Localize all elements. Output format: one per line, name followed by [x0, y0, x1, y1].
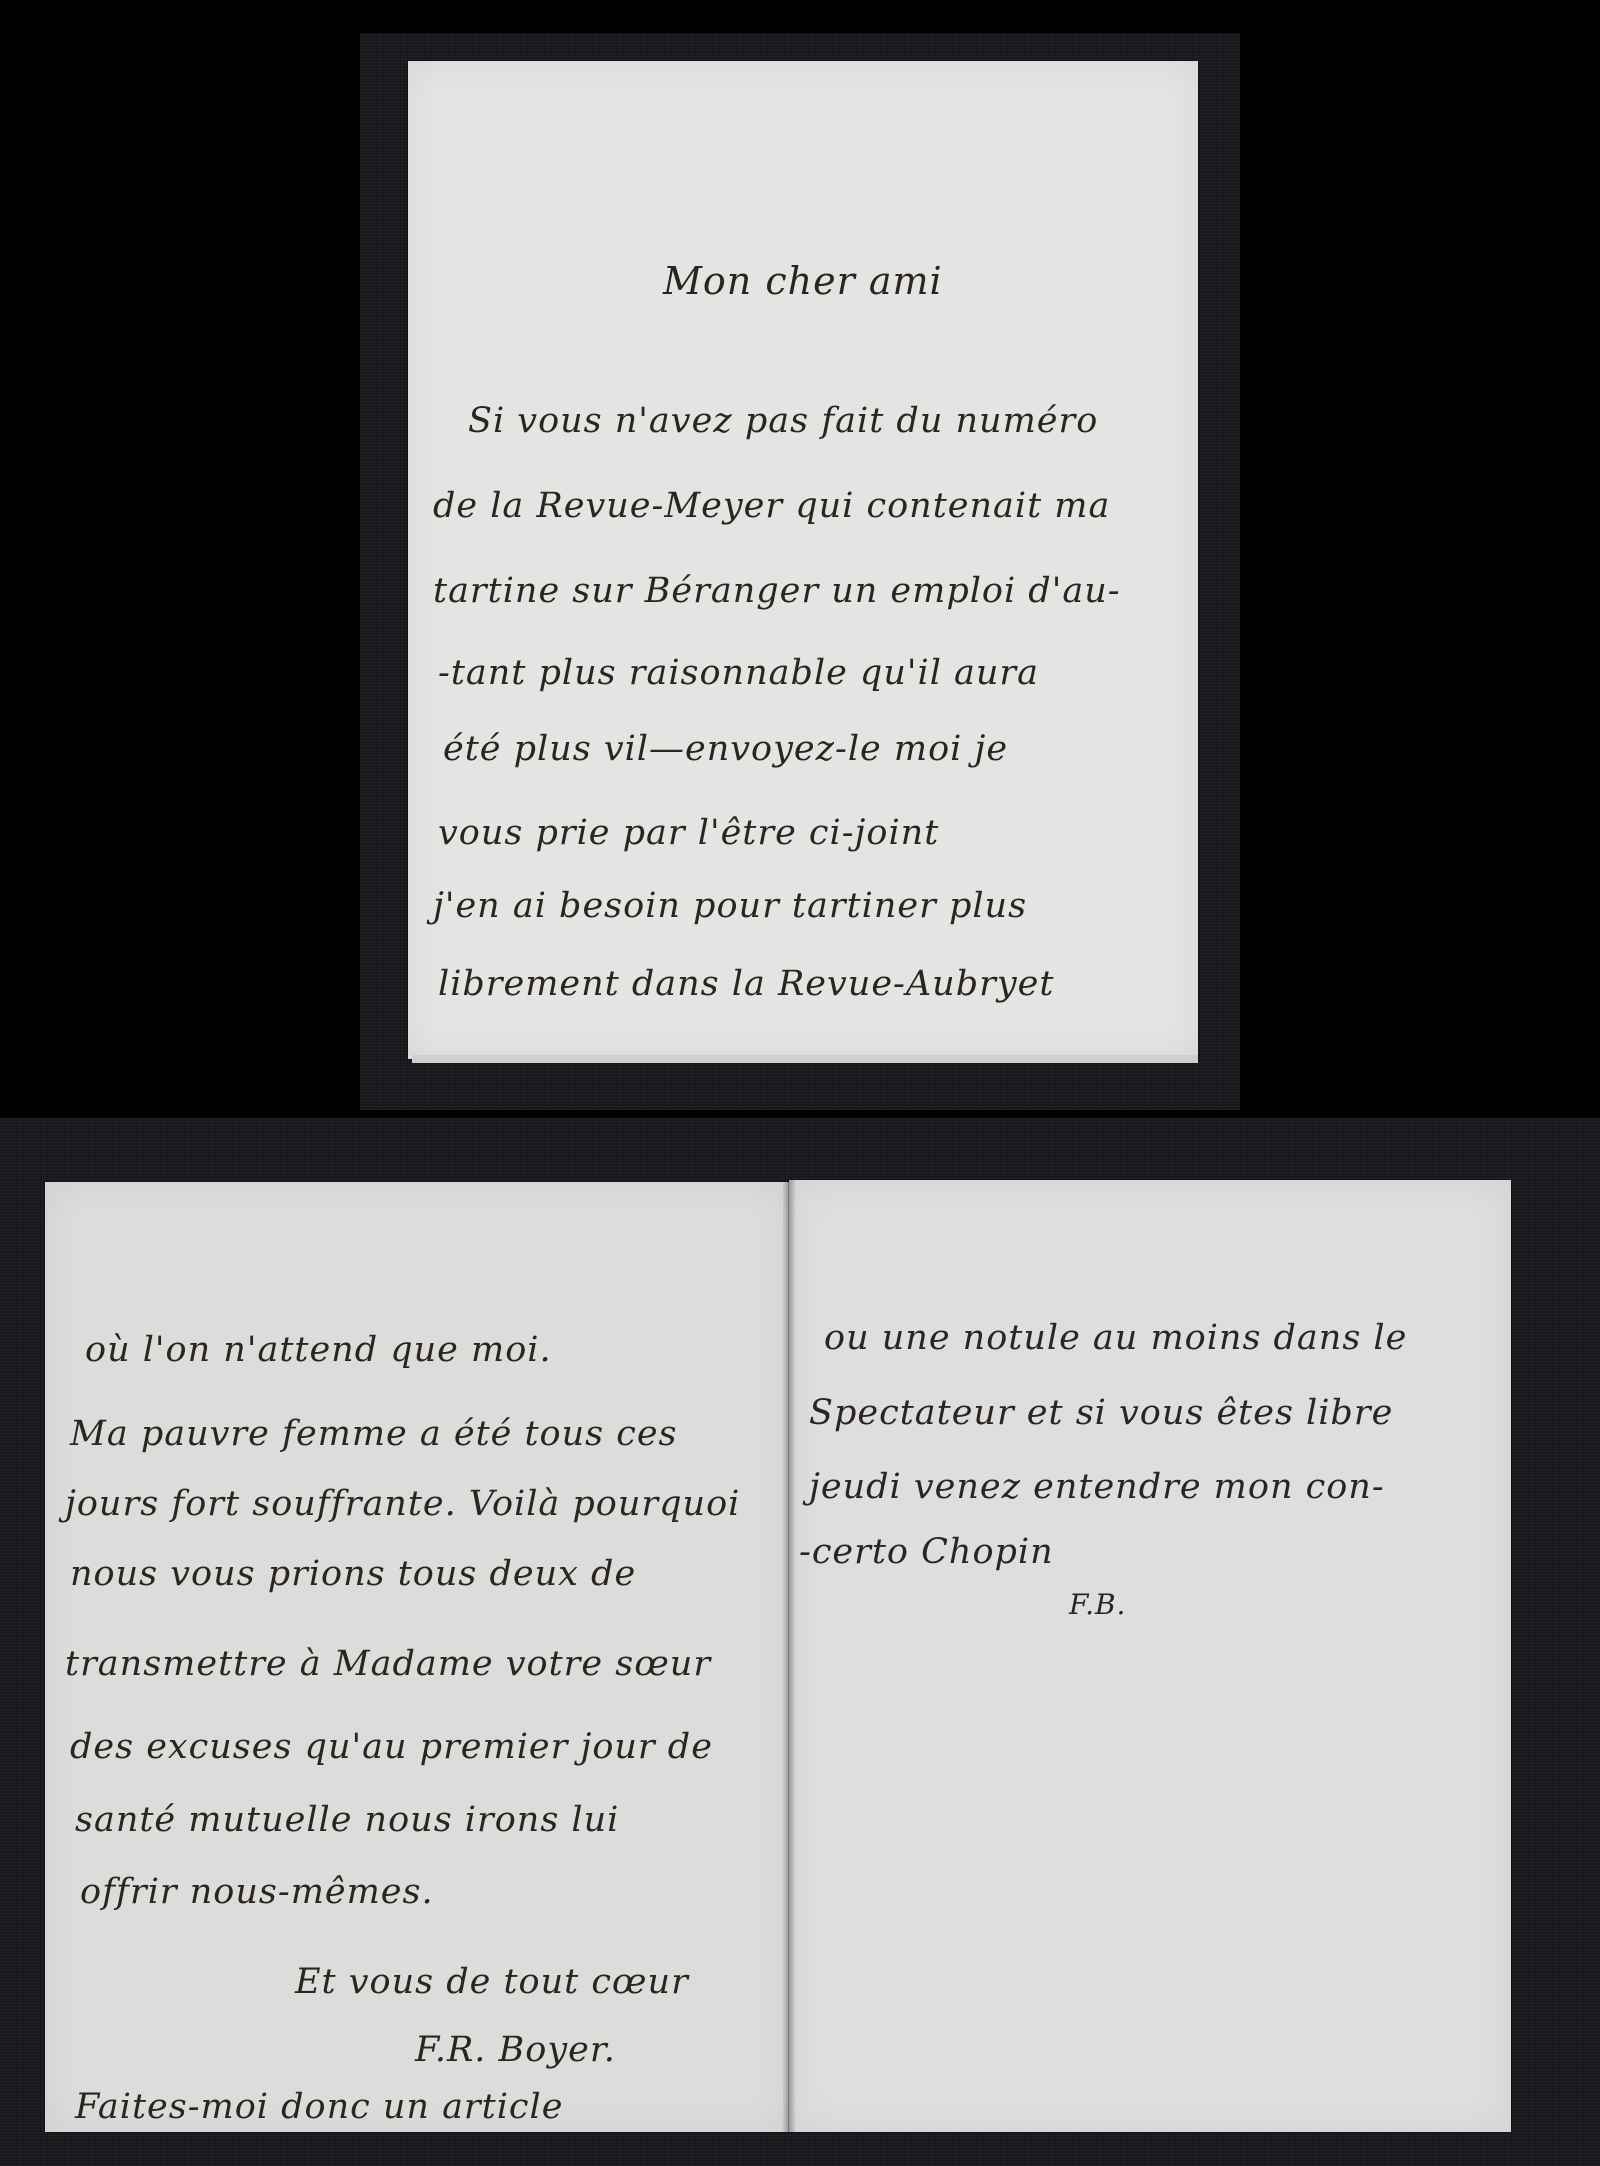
- letter-line: -tant plus raisonnable qu'il aura: [438, 653, 1039, 693]
- closing: Et vous de tout cœur: [295, 1962, 689, 2002]
- signature: F.R. Boyer.: [415, 2030, 616, 2070]
- center-fold: [783, 1180, 795, 2132]
- letter-line: jeudi venez entendre mon con-: [809, 1467, 1385, 1507]
- letter-line: où l'on n'attend que moi.: [85, 1330, 552, 1370]
- postscript: Faites-moi donc un article: [75, 2087, 563, 2127]
- letter-line: de la Revue-Meyer qui contenait ma: [433, 486, 1110, 526]
- letter-line: Si vous n'avez pas fait du numéro: [468, 401, 1098, 441]
- letter-line: ou une notule au moins dans le: [824, 1318, 1407, 1358]
- letter-line: vous prie par l'être ci-joint: [438, 813, 939, 853]
- initials: F.B.: [1069, 1588, 1126, 1621]
- letter-line: transmettre à Madame votre sœur: [65, 1644, 711, 1684]
- letter-line: des excuses qu'au premier jour de: [70, 1727, 713, 1767]
- letter-line: offrir nous-mêmes.: [80, 1872, 434, 1912]
- letter-line: tartine sur Béranger un emploi d'au-: [433, 571, 1121, 611]
- letter-inner-left-page: où l'on n'attend que moi. Ma pauvre femm…: [45, 1182, 789, 2132]
- salutation: Mon cher ami: [663, 259, 943, 303]
- mount-top: Mon cher ami Si vous n'avez pas fait du …: [360, 33, 1240, 1110]
- letter-line: jours fort souffrante. Voilà pourquoi: [65, 1484, 740, 1524]
- letter-line: -certo Chopin: [799, 1532, 1054, 1572]
- letter-line: Spectateur et si vous êtes libre: [809, 1393, 1393, 1433]
- letter-line: Ma pauvre femme a été tous ces: [70, 1414, 678, 1454]
- letter-line: nous vous prions tous deux de: [70, 1554, 636, 1594]
- letter-line: librement dans la Revue-Aubryet: [438, 964, 1054, 1004]
- paper-edge: [412, 1055, 1198, 1063]
- letter-line: santé mutuelle nous irons lui: [75, 1800, 619, 1840]
- letter-inner-right-page: ou une notule au moins dans le Spectateu…: [789, 1180, 1511, 2132]
- letter-line: j'en ai besoin pour tartiner plus: [433, 886, 1027, 926]
- letter-line: été plus vil—envoyez-le moi je: [443, 729, 1008, 769]
- mount-bottom: où l'on n'attend que moi. Ma pauvre femm…: [0, 1118, 1600, 2166]
- letter-front-page: Mon cher ami Si vous n'avez pas fait du …: [408, 61, 1198, 1059]
